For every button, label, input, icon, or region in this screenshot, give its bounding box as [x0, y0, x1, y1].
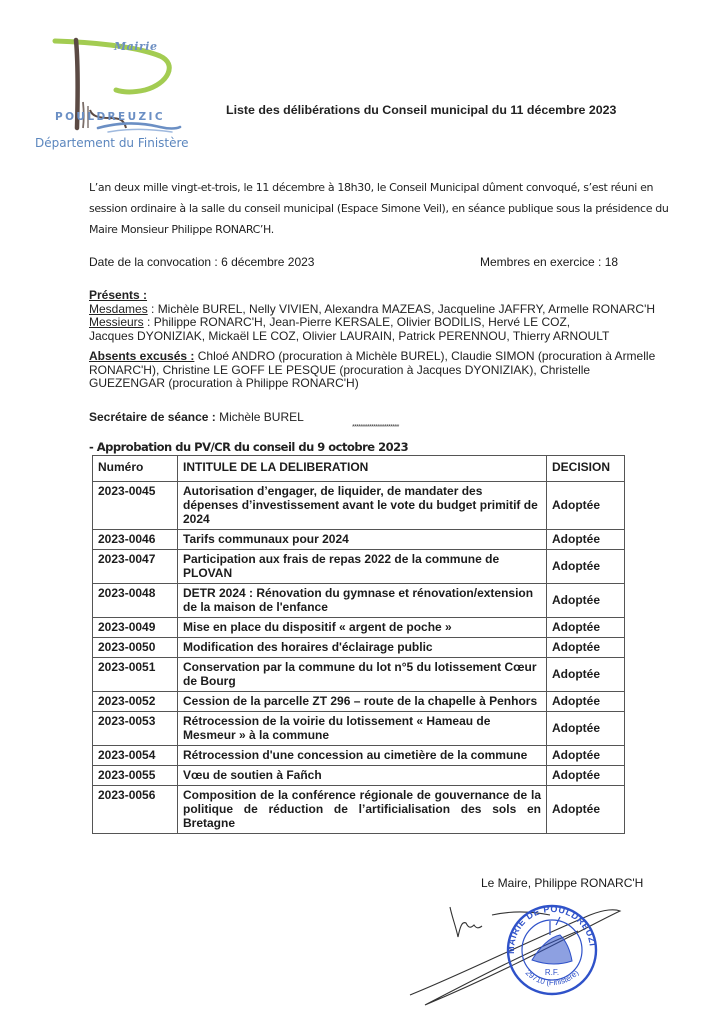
secretaire-label: Secrétaire de séance : — [89, 410, 216, 424]
messieurs-list-1: : Philippe RONARC'H, Jean-Pierre KERSALE… — [144, 315, 570, 329]
table-row: 2023-0052Cession de la parcelle ZT 296 –… — [93, 692, 625, 712]
mesdames-list: : Michèle BUREL, Nelly VIVIEN, Alexandra… — [148, 302, 655, 316]
deliberation-title: Modification des horaires d'éclairage pu… — [178, 638, 547, 658]
deliberation-number: 2023-0051 — [93, 658, 178, 692]
mayor-signature-line: Le Maire, Philippe RONARC'H — [481, 876, 643, 890]
deliberation-number: 2023-0048 — [93, 584, 178, 618]
deliberation-decision: Adoptée — [547, 530, 625, 550]
department-name: Département du Finistère — [35, 136, 189, 150]
table-row: 2023-0047Participation aux frais de repa… — [93, 550, 625, 584]
intro-paragraph: L’an deux mille vingt-et-trois, le 11 dé… — [89, 177, 679, 240]
document-title: Liste des délibérations du Conseil munic… — [226, 103, 616, 117]
handwritten-signature-icon — [410, 907, 620, 1005]
deliberation-title: Autorisation d’engager, de liquider, de … — [178, 482, 547, 530]
deliberation-decision: Adoptée — [547, 746, 625, 766]
deliberation-number: 2023-0047 — [93, 550, 178, 584]
deliberation-title: DETR 2024 : Rénovation du gymnase et rén… — [178, 584, 547, 618]
table-row: 2023-0054Rétrocession d'une concession a… — [93, 746, 625, 766]
signature-and-stamp: R.F. MAIRIE DE POULDREUZIC 29710 (Finist… — [400, 895, 660, 1015]
presents-section: Présents : Mesdames : Michèle BUREL, Nel… — [89, 289, 689, 343]
table-row: 2023-0049Mise en place du dispositif « a… — [93, 618, 625, 638]
table-row: 2023-0056Composition de la conférence ré… — [93, 786, 625, 834]
table-row: 2023-0053Rétrocession de la voirie du lo… — [93, 712, 625, 746]
table-row: 2023-0050Modification des horaires d'écl… — [93, 638, 625, 658]
messieurs-list-2: Jacques DYONIZIAK, Mickaël LE COZ, Olivi… — [89, 330, 689, 344]
secretaire-section: Secrétaire de séance : Michèle BUREL — [89, 411, 689, 425]
deliberation-decision: Adoptée — [547, 692, 625, 712]
deliberation-title: Tarifs communaux pour 2024 — [178, 530, 547, 550]
deliberation-number: 2023-0053 — [93, 712, 178, 746]
deliberation-title: Vœu de soutien à Fañch — [178, 766, 547, 786]
stamp-rf: R.F. — [545, 968, 559, 977]
deliberation-number: 2023-0052 — [93, 692, 178, 712]
deliberation-decision: Adoptée — [547, 618, 625, 638]
logo-town-name: POULDREUZIC — [55, 111, 165, 123]
deliberation-number: 2023-0046 — [93, 530, 178, 550]
deliberation-decision: Adoptée — [547, 482, 625, 530]
deliberation-decision: Adoptée — [547, 712, 625, 746]
deliberation-number: 2023-0050 — [93, 638, 178, 658]
convocation-date: Date de la convocation : 6 décembre 2023 — [89, 255, 314, 269]
mesdames-label: Mesdames — [89, 302, 148, 316]
deliberation-decision: Adoptée — [547, 584, 625, 618]
deliberation-decision: Adoptée — [547, 786, 625, 834]
deliberation-title: Rétrocession de la voirie du lotissement… — [178, 712, 547, 746]
header-numero: Numéro — [93, 456, 178, 482]
table-row: 2023-0048DETR 2024 : Rénovation du gymna… — [93, 584, 625, 618]
deliberation-number: 2023-0056 — [93, 786, 178, 834]
table-row: 2023-0051Conservation par la commune du … — [93, 658, 625, 692]
logo-mairie-word: Mairie — [114, 40, 157, 53]
header-decision: DECISION — [547, 456, 625, 482]
messieurs-label: Messieurs — [89, 315, 144, 329]
deliberation-decision: Adoptée — [547, 658, 625, 692]
presents-label: Présents : — [89, 288, 147, 302]
deliberation-title: Participation aux frais de repas 2022 de… — [178, 550, 547, 584]
separator-stars: ********************** — [352, 424, 399, 431]
absents-section: Absents excusés : Chloé ANDRO (procurati… — [89, 350, 659, 391]
table-row: 2023-0045Autorisation d’engager, de liqu… — [93, 482, 625, 530]
approbation-line: - Approbation du PV/CR du conseil du 9 o… — [89, 440, 408, 454]
secretaire-name: Michèle BUREL — [216, 410, 304, 424]
deliberation-number: 2023-0049 — [93, 618, 178, 638]
deliberation-title: Rétrocession d'une concession au cimetiè… — [178, 746, 547, 766]
absents-label: Absents excusés : — [89, 349, 194, 363]
deliberation-title: Mise en place du dispositif « argent de … — [178, 618, 547, 638]
deliberation-number: 2023-0045 — [93, 482, 178, 530]
deliberation-title: Cession de la parcelle ZT 296 – route de… — [178, 692, 547, 712]
deliberations-table: Numéro INTITULE DE LA DELIBERATION DECIS… — [92, 455, 625, 834]
deliberation-decision: Adoptée — [547, 550, 625, 584]
deliberation-title: Conservation par la commune du lot n°5 d… — [178, 658, 547, 692]
deliberation-title: Composition de la conférence régionale d… — [178, 786, 547, 834]
deliberation-decision: Adoptée — [547, 638, 625, 658]
deliberation-decision: Adoptée — [547, 766, 625, 786]
members-count: Membres en exercice : 18 — [480, 255, 618, 269]
deliberation-number: 2023-0055 — [93, 766, 178, 786]
table-row: 2023-0046Tarifs communaux pour 2024Adopt… — [93, 530, 625, 550]
header-intitule: INTITULE DE LA DELIBERATION — [178, 456, 547, 482]
table-row: 2023-0055Vœu de soutien à FañchAdoptée — [93, 766, 625, 786]
deliberation-number: 2023-0054 — [93, 746, 178, 766]
table-header-row: Numéro INTITULE DE LA DELIBERATION DECIS… — [93, 456, 625, 482]
